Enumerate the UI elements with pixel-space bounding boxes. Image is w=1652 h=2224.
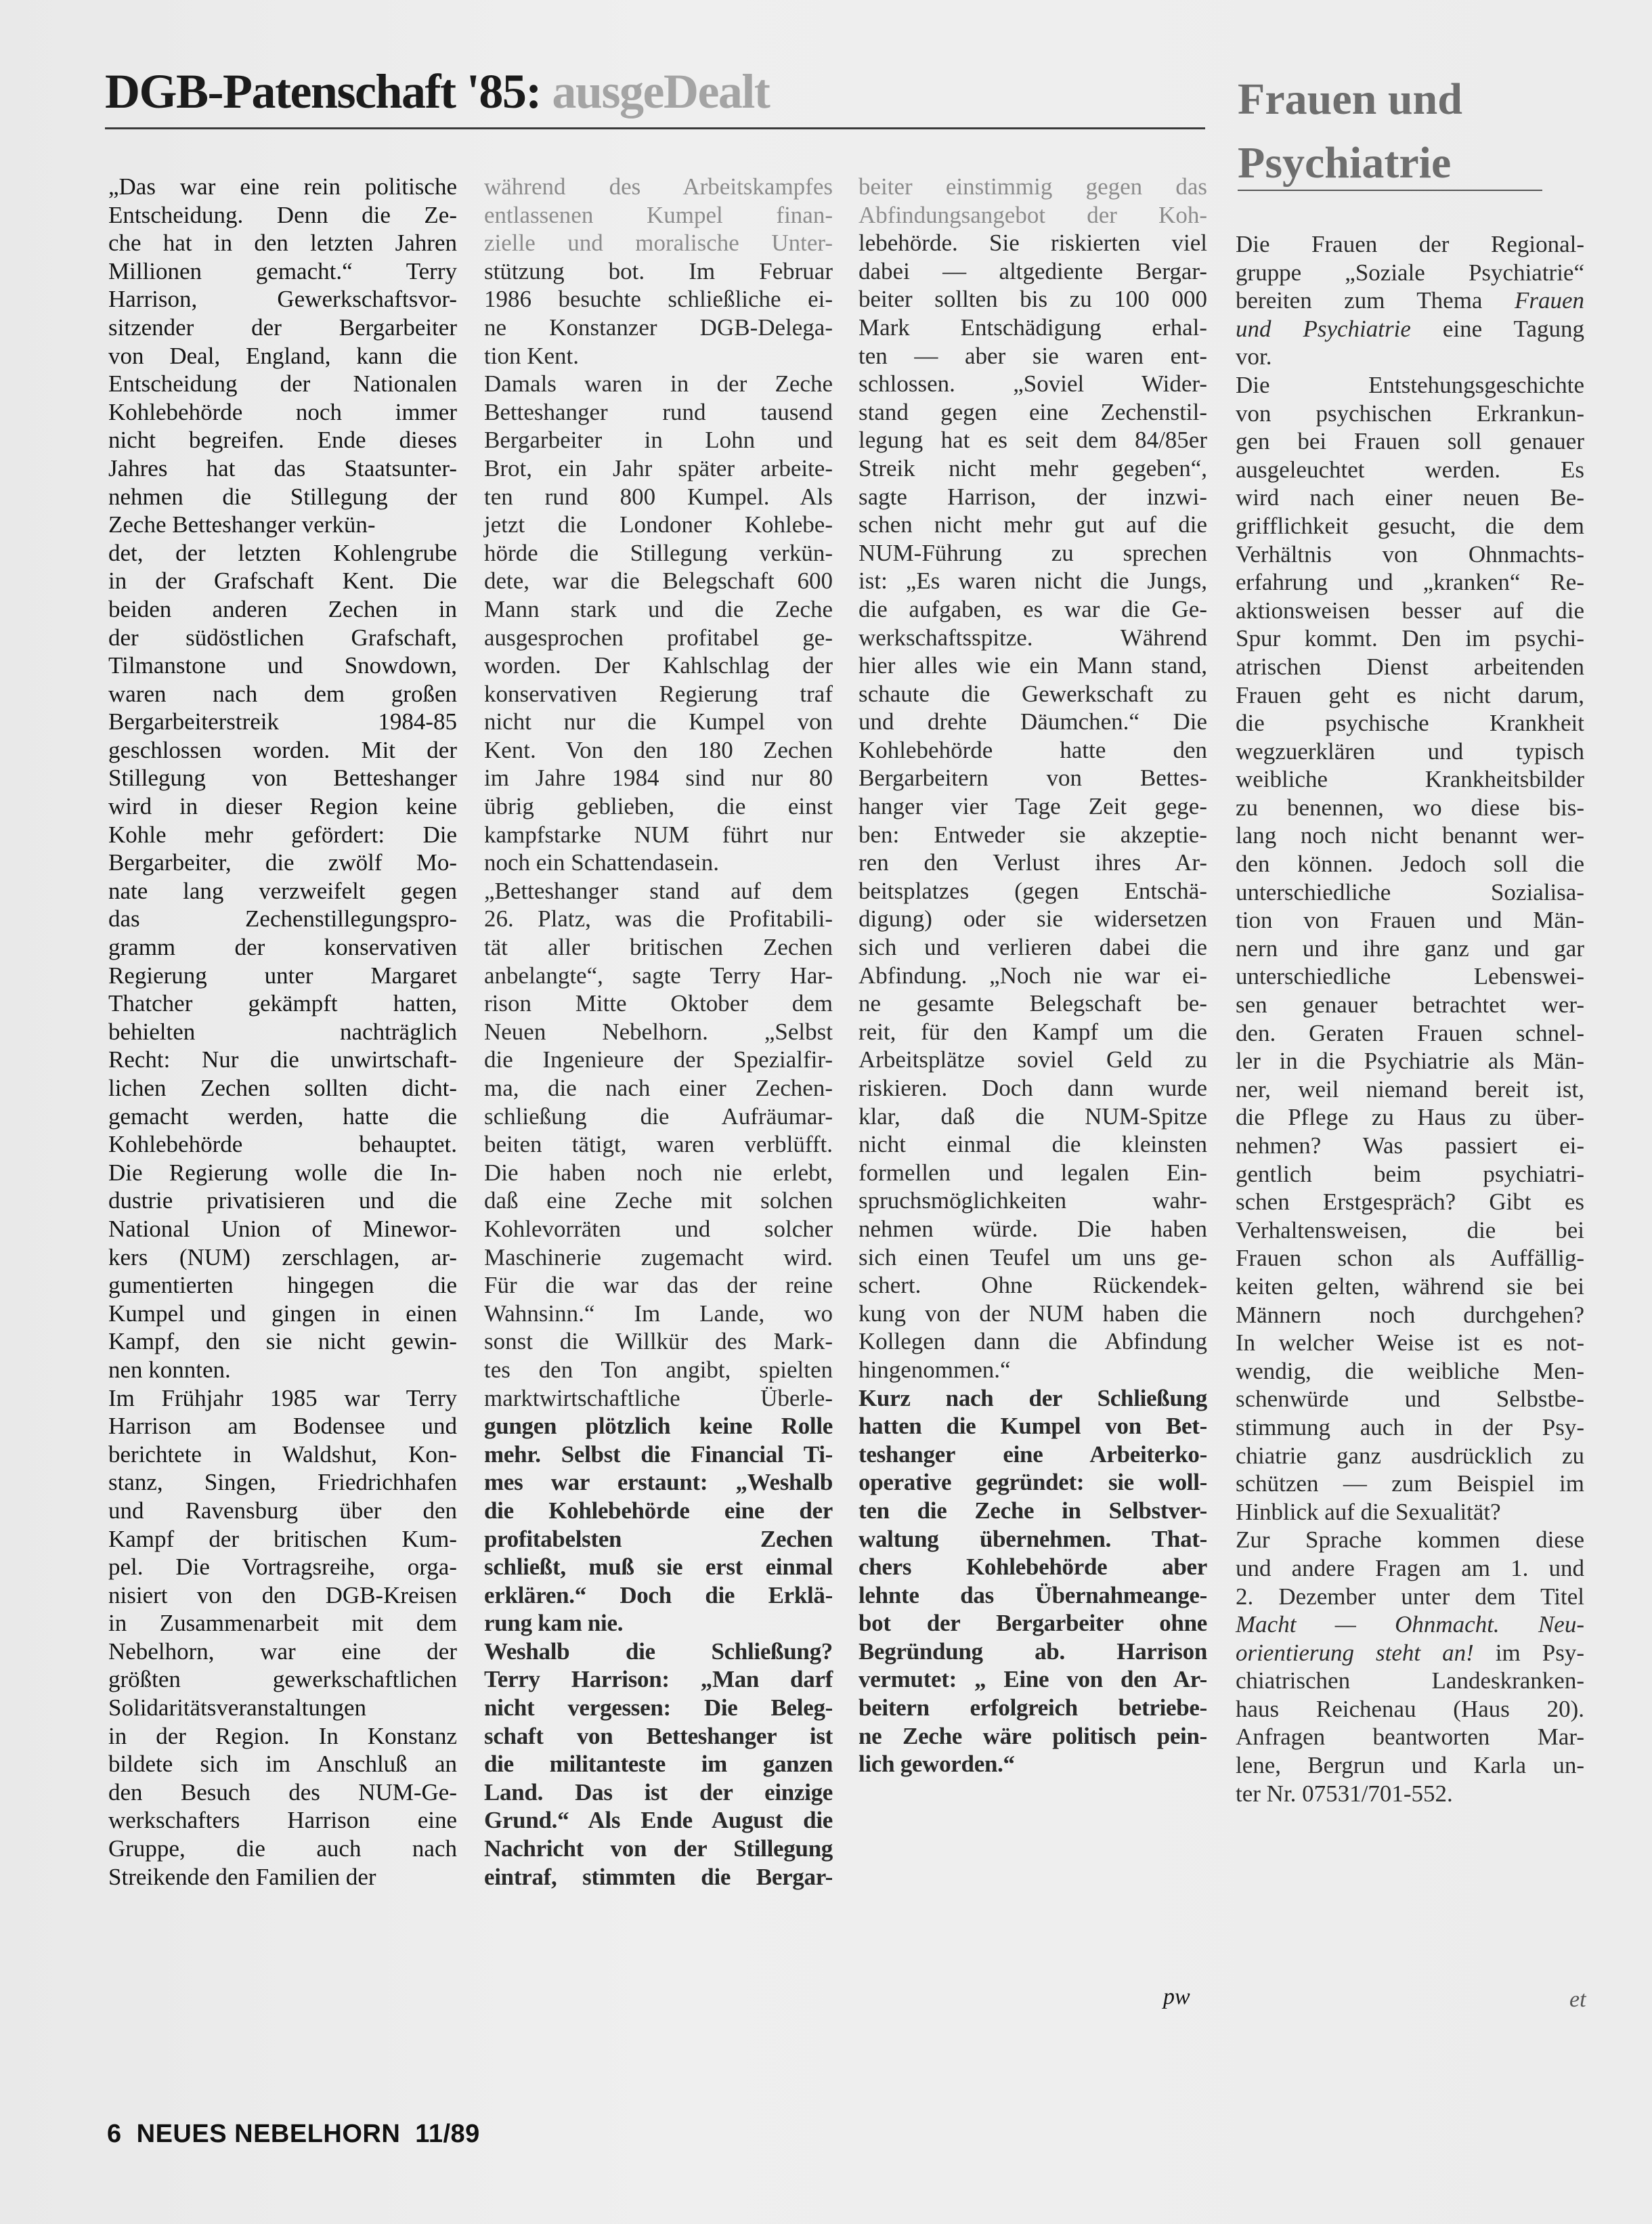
text-line: „Das war eine rein politische (108, 173, 457, 201)
sidebar-text-line: Macht — Ohnmacht. Neu- (1236, 1610, 1584, 1639)
sidebar-text-line: chiatrie ganz ausdrücklich zu (1236, 1442, 1584, 1470)
text-line: Nebelhorn, war eine der (108, 1638, 457, 1666)
text-line: che hat in den letzten Jahren (108, 229, 457, 257)
text-line: Kurz nach der Schließung (858, 1384, 1207, 1413)
sidebar-text-line: bereiten zum Thema Frauen (1236, 286, 1584, 315)
article-column-3: beiter einstimmig gegen dasAbfindungsang… (858, 173, 1207, 1778)
text-line: Recht: Nur die unwirtschaft- (108, 1046, 457, 1074)
text-line: nen konnten. (108, 1356, 457, 1384)
text-line: bot der Bergarbeiter ohne (858, 1609, 1207, 1638)
text-line: die aufgaben, es war die Ge- (858, 595, 1207, 624)
text-line: während des Arbeitskampfes (484, 173, 833, 201)
sidebar-text-line: die Pflege zu Haus zu über- (1236, 1103, 1584, 1132)
text-line: ten — aber sie waren ent- (858, 342, 1207, 370)
text-line: Solidaritätsveranstaltungen (108, 1694, 457, 1722)
text-line: werkschaftsspitze. Während (858, 624, 1207, 652)
text-line: Die haben noch nie erlebt, (484, 1159, 833, 1187)
text-line: Entscheidung der Nationalen (108, 370, 457, 398)
sidebar-article-body: Die Frauen der Regional-gruppe „Soziale … (1236, 230, 1584, 1808)
text-line: bildete sich im Anschluß an (108, 1750, 457, 1778)
sidebar-text-line: gentlich beim psychiatri- (1236, 1160, 1584, 1189)
text-line: im Jahre 1984 sind nur 80 (484, 764, 833, 792)
text-line: Grund.“ Als Ende August die (484, 1806, 833, 1835)
text-line: legung hat es seit dem 84/85er (858, 426, 1207, 454)
text-line: kung von der NUM haben die (858, 1300, 1207, 1328)
sidebar-text-line: gen bei Frauen soll genauer (1236, 427, 1584, 456)
headline-rule (105, 127, 1205, 129)
sidebar-text-line: lang noch nicht benannt wer- (1236, 821, 1584, 850)
text-line: lebehörde. Sie riskierten viel (858, 229, 1207, 257)
sidebar-text-line: unterschiedliche Sozialisa- (1236, 878, 1584, 907)
text-line: beitsplatzes (gegen Entschä- (858, 877, 1207, 905)
text-line: jetzt die Londoner Kohlebe- (484, 511, 833, 539)
text-line: ben: Entweder sie akzeptie- (858, 821, 1207, 849)
text-line: Bergarbeiter, die zwölf Mo- (108, 849, 457, 877)
text-line: in der Region. In Konstanz (108, 1722, 457, 1751)
text-line: Betteshanger rund tausend (484, 398, 833, 427)
text-line: Arbeitsplätze soviel Geld zu (858, 1046, 1207, 1074)
text-line: gramm der konservativen (108, 933, 457, 962)
sidebar-text-line: Frauen schon als Auffällig- (1236, 1244, 1584, 1273)
text-line: Wahnsinn.“ Im Lande, wo (484, 1300, 833, 1328)
text-line: nehmen würde. Die haben (858, 1215, 1207, 1243)
text-line: die Kohlebehörde eine der (484, 1497, 833, 1525)
sidebar-text-line: nehmen? Was passiert ei- (1236, 1132, 1584, 1160)
text-line: Kollegen dann die Abfindung (858, 1327, 1207, 1356)
headline-faded-word: ausgeDealt (552, 64, 769, 119)
sidebar-text-line: den können. Jedoch soll die (1236, 850, 1584, 878)
text-line: Kohlevorräten und solcher (484, 1215, 833, 1243)
text-line: noch ein Schattendasein. (484, 849, 833, 877)
text-line: tät aller britischen Zechen (484, 933, 833, 962)
article-headline: DGB-Patenschaft '85: ausgeDealt (105, 64, 769, 119)
text-line: hingenommen.“ (858, 1356, 1207, 1384)
text-line: eintraf, stimmten die Bergar- (484, 1863, 833, 1891)
text-line: sitzender der Bergarbeiter (108, 314, 457, 342)
text-line: ma, die nach einer Zechen- (484, 1074, 833, 1103)
headline-main: DGB-Patenschaft '85: (105, 64, 541, 119)
text-line: formellen und legalen Ein- (858, 1159, 1207, 1187)
text-line: Streik nicht mehr gegeben“, (858, 454, 1207, 483)
text-line: Damals waren in der Zeche (484, 370, 833, 398)
text-line: rung kam nie. (484, 1609, 833, 1638)
text-line: marktwirtschaftliche Überle- (484, 1384, 833, 1413)
text-line: wird in dieser Region keine (108, 792, 457, 821)
text-line: ne Konstanzer DGB-Delega- (484, 314, 833, 342)
text-line: Jahres hat das Staatsunter- (108, 454, 457, 483)
text-line: dabei — altgediente Bergar- (858, 257, 1207, 286)
text-line: „Betteshanger stand auf dem (484, 877, 833, 905)
text-line: stanz, Singen, Friedrichhafen (108, 1468, 457, 1497)
text-line: 26. Platz, was die Profitabili- (484, 905, 833, 933)
text-line: in der Grafschaft Kent. Die (108, 567, 457, 595)
text-line: nate lang verzweifelt gegen (108, 877, 457, 905)
text-line: gemacht werden, hatte die (108, 1103, 457, 1131)
text-line: mehr. Selbst die Financial Ti- (484, 1440, 833, 1469)
text-line: Kumpel und gingen in einen (108, 1300, 457, 1328)
text-line: Kohlebehörde noch immer (108, 398, 457, 427)
text-line: nicht nur die Kumpel von (484, 708, 833, 736)
text-line: von Deal, England, kann die (108, 342, 457, 370)
sidebar-text-line: chiatrischen Landeskranken- (1236, 1667, 1584, 1695)
text-line: stützung bot. Im Februar (484, 257, 833, 286)
text-line: konservativen Regierung traf (484, 680, 833, 708)
text-line: sagte Harrison, der inzwi- (858, 483, 1207, 511)
sidebar-text-line: erfahrung und „kranken“ Re- (1236, 568, 1584, 597)
text-line: 1986 besuchte schließliche ei- (484, 285, 833, 314)
text-line: pel. Die Vortragsreihe, orga- (108, 1553, 457, 1581)
text-line: nicht begreifen. Ende dieses (108, 426, 457, 454)
text-line: mes war erstaunt: „Weshalb (484, 1468, 833, 1497)
text-line: Terry Harrison: „Man darf (484, 1665, 833, 1694)
text-line: Kampf, den sie nicht gewin- (108, 1327, 457, 1356)
text-line: den Besuch des NUM-Ge- (108, 1778, 457, 1807)
text-line: gumentierten hingegen die (108, 1271, 457, 1300)
text-line: Brot, ein Jahr später arbeite- (484, 454, 833, 483)
text-line: größten gewerkschaftlichen (108, 1665, 457, 1694)
sidebar-text-line: schützen — zum Beispiel im (1236, 1470, 1584, 1498)
text-line: übrig geblieben, die einst (484, 792, 833, 821)
text-line: Im Frühjahr 1985 war Terry (108, 1384, 457, 1413)
sidebar-text-line: Männern noch durchgehen? (1236, 1301, 1584, 1329)
text-line: Thatcher gekämpft hatten, (108, 989, 457, 1018)
sidebar-text-line: wird nach einer neuen Be- (1236, 484, 1584, 512)
sidebar-title-line-1: Frauen und (1238, 74, 1462, 124)
text-line: erklären.“ Doch die Erklä- (484, 1581, 833, 1610)
text-line: dustrie privatisieren und die (108, 1186, 457, 1215)
text-line: beiter sollten bis zu 100 000 (858, 285, 1207, 314)
sidebar-text-line: den. Geraten Frauen schnel- (1236, 1019, 1584, 1048)
sidebar-text-line: orientierung steht an! im Psy- (1236, 1639, 1584, 1667)
sidebar-text-line: und andere Fragen am 1. und (1236, 1554, 1584, 1583)
sidebar-text-line: Verhältnis von Ohnmachts- (1236, 540, 1584, 569)
text-line: reit, für den Kampf um die (858, 1018, 1207, 1046)
text-line: hanger vier Tage Zeit gege- (858, 792, 1207, 821)
sidebar-title-rule (1238, 190, 1542, 191)
text-line: lichen Zechen sollten dicht- (108, 1074, 457, 1103)
sidebar-text-line: wegzuerklären und typisch (1236, 737, 1584, 766)
sidebar-text-line: haus Reichenau (Haus 20). (1236, 1695, 1584, 1724)
text-line: Gruppe, die auch nach (108, 1835, 457, 1863)
text-line: det, der letzten Kohlengrube (108, 539, 457, 568)
sidebar-text-line: atrischen Dienst arbeitenden (1236, 653, 1584, 681)
article-column-1: „Das war eine rein politischeEntscheidun… (108, 173, 457, 1891)
text-line: schließung die Aufräumar- (484, 1103, 833, 1131)
text-line: stand gegen eine Zechenstil- (858, 398, 1207, 427)
text-line: geschlossen worden. Mit der (108, 736, 457, 765)
text-line: Harrison am Bodensee und (108, 1412, 457, 1440)
text-line: und Ravensburg über den (108, 1497, 457, 1525)
sidebar-text-line: von psychischen Erkrankun- (1236, 400, 1584, 428)
text-line: Kent. Von den 180 Zechen (484, 736, 833, 765)
sidebar-text-line: schen Erstgespräch? Gibt es (1236, 1188, 1584, 1216)
page-number: 6 (107, 2120, 122, 2148)
text-line: behielten nachträglich (108, 1018, 457, 1046)
article-author-signature: pw (1163, 1984, 1190, 2010)
text-line: Maschinerie zugemacht wird. (484, 1243, 833, 1272)
text-line: der südöstlichen Grafschaft, (108, 624, 457, 652)
text-line: sonst die Willkür des Mark- (484, 1327, 833, 1356)
text-line: Harrison, Gewerkschaftsvor- (108, 285, 457, 314)
sidebar-text-line: Die Entstehungsgeschichte (1236, 371, 1584, 400)
sidebar-text-line: Spur kommt. Den im psychi- (1236, 624, 1584, 653)
text-line: Abfindungsangebot der Koh- (858, 201, 1207, 230)
sidebar-text-line: aktionsweisen besser auf die (1236, 597, 1584, 625)
text-line: chers Kohlebehörde aber (858, 1553, 1207, 1581)
text-line: Bergarbeitern von Bettes- (858, 764, 1207, 792)
text-line: vermutet: „ Eine von den Ar- (858, 1665, 1207, 1694)
text-line: nehmen die Stillegung der (108, 483, 457, 511)
text-line: National Union of Minewor- (108, 1215, 457, 1243)
text-line: rison Mitte Oktober dem (484, 989, 833, 1018)
sidebar-text-line: grifflichkeit gesucht, die dem (1236, 512, 1584, 540)
publication-name: NEUES NEBELHORN (137, 2120, 401, 2148)
text-line: nicht vergessen: Die Beleg- (484, 1694, 833, 1722)
text-line: Begründung ab. Harrison (858, 1638, 1207, 1666)
sidebar-article-title: Frauen undPsychiatrie (1238, 68, 1556, 195)
text-line: Mark Entschädigung erhal- (858, 314, 1207, 342)
text-line: ne gesamte Belegschaft be- (858, 989, 1207, 1018)
sidebar-text-line: Frauen geht es nicht darum, (1236, 681, 1584, 710)
text-line: beiden anderen Zechen in (108, 595, 457, 624)
text-line: ten rund 800 Kumpel. Als (484, 483, 833, 511)
sidebar-text-line: Zur Sprache kommen diese (1236, 1526, 1584, 1554)
sidebar-text-line: Die Frauen der Regional- (1236, 230, 1584, 259)
text-line: spruchsmöglichkeiten wahr- (858, 1186, 1207, 1215)
text-line: riskieren. Doch dann wurde (858, 1074, 1207, 1103)
text-line: Nachricht von der Stillegung (484, 1835, 833, 1863)
text-line: Abfindung. „Noch nie war ei- (858, 962, 1207, 990)
text-line: Bergarbeiter in Lohn und (484, 426, 833, 454)
text-line: tes den Ton angibt, spielten (484, 1356, 833, 1384)
text-line: sich und verlieren dabei die (858, 933, 1207, 962)
sidebar-text-line: die psychische Krankheit (1236, 709, 1584, 737)
text-line: kampfstarke NUM führt nur (484, 821, 833, 849)
text-line: profitabelsten Zechen (484, 1525, 833, 1554)
text-line: werkschafters Harrison eine (108, 1806, 457, 1835)
sidebar-text-line: ner, weil niemand bereit ist, (1236, 1075, 1584, 1104)
sidebar-text-line: lene, Bergrun und Karla un- (1236, 1751, 1584, 1780)
sidebar-author-signature: et (1569, 1987, 1586, 2013)
text-line: waltung übernehmen. That- (858, 1525, 1207, 1554)
text-line: waren nach dem großen (108, 680, 457, 708)
text-line: Neuen Nebelhorn. „Selbst (484, 1018, 833, 1046)
sidebar-title-line-2: Psychiatrie (1238, 138, 1451, 188)
sidebar-text-line: In welcher Weise ist es not- (1236, 1329, 1584, 1357)
text-line: in Zusammenarbeit mit dem (108, 1609, 457, 1638)
text-line: sich einen Teufel um uns ge- (858, 1243, 1207, 1272)
text-line: Kohlebehörde behauptet. (108, 1130, 457, 1159)
text-line: klar, daß die NUM-Spitze (858, 1103, 1207, 1131)
text-line: beiten tätigt, waren verblüfft. (484, 1130, 833, 1159)
sidebar-text-line: stimmung auch in der Psy- (1236, 1413, 1584, 1442)
text-line: Kohle mehr gefördert: Die (108, 821, 457, 849)
text-line: beitern erfolgreich betriebe- (858, 1694, 1207, 1722)
sidebar-text-line: vor. (1236, 343, 1584, 371)
text-line: ten die Zeche in Selbstver- (858, 1497, 1207, 1525)
sidebar-text-line: Verhaltensweisen, die bei (1236, 1216, 1584, 1245)
text-line: Die Regierung wolle die In- (108, 1159, 457, 1187)
text-line: schen nicht mehr gut auf die (858, 511, 1207, 539)
text-line: Weshalb die Schließung? (484, 1638, 833, 1666)
text-line: worden. Der Kahlschlag der (484, 651, 833, 680)
text-line: digung) oder sie widersetzen (858, 905, 1207, 933)
text-line: Millionen gemacht.“ Terry (108, 257, 457, 286)
sidebar-text-line: 2. Dezember unter dem Titel (1236, 1583, 1584, 1611)
sidebar-text-line: zu benennen, wo diese bis- (1236, 794, 1584, 822)
sidebar-text-line: unterschiedliche Lebenswei- (1236, 962, 1584, 991)
text-line: schert. Ohne Rückendek- (858, 1271, 1207, 1300)
sidebar-text-line: und Psychiatrie eine Tagung (1236, 315, 1584, 343)
text-line: hatten die Kumpel von Bet- (858, 1412, 1207, 1440)
text-line: Mann stark und die Zeche (484, 595, 833, 624)
sidebar-text-line: keiten gelten, während sie bei (1236, 1273, 1584, 1301)
text-line: Bergarbeiterstreik 1984-85 (108, 708, 457, 736)
sidebar-text-line: Hinblick auf die Sexualität? (1236, 1498, 1584, 1526)
sidebar-text-line: ter Nr. 07531/701-552. (1236, 1780, 1584, 1808)
sidebar-text-line: ler in die Psychiatrie als Män- (1236, 1047, 1584, 1075)
text-line: nisiert von den DGB-Kreisen (108, 1581, 457, 1610)
text-line: hörde die Stillegung verkün- (484, 539, 833, 568)
text-line: schlossen. „Soviel Wider- (858, 370, 1207, 398)
text-line: Kohlebehörde hatte den (858, 736, 1207, 765)
text-line: tion Kent. (484, 342, 833, 370)
article-column-2: während des Arbeitskampfesentlassenen Ku… (484, 173, 833, 1891)
text-line: die Ingenieure der Spezialfir- (484, 1046, 833, 1074)
text-line: daß eine Zeche mit solchen (484, 1186, 833, 1215)
text-line: Stillegung von Betteshanger (108, 764, 457, 792)
text-line: berichtete in Waldshut, Kon- (108, 1440, 457, 1469)
text-line: lehnte das Übernahmeange- (858, 1581, 1207, 1610)
text-line: ist: „Es waren nicht die Jungs, (858, 567, 1207, 595)
text-line: schließt, muß sie erst einmal (484, 1553, 833, 1581)
text-line: teshanger eine Arbeiterko- (858, 1440, 1207, 1469)
newspaper-page: DGB-Patenschaft '85: ausgeDealt Frauen u… (0, 0, 1652, 2224)
text-line: das Zechenstillegungspro- (108, 905, 457, 933)
sidebar-text-line: ausgeleuchtet werden. Es (1236, 456, 1584, 484)
text-line: lich geworden.“ (858, 1750, 1207, 1778)
text-line: gungen plötzlich keine Rolle (484, 1412, 833, 1440)
text-line: Tilmanstone und Snowdown, (108, 651, 457, 680)
sidebar-text-line: wendig, die weibliche Men- (1236, 1357, 1584, 1386)
sidebar-text-line: tion von Frauen und Män- (1236, 906, 1584, 935)
text-line: zielle und moralische Unter- (484, 229, 833, 257)
text-line: schaute die Gewerkschaft zu (858, 680, 1207, 708)
text-line: Entscheidung. Denn die Ze- (108, 201, 457, 230)
text-line: NUM-Führung zu sprechen (858, 539, 1207, 568)
text-line: beiter einstimmig gegen das (858, 173, 1207, 201)
sidebar-text-line: nern und ihre ganz und gar (1236, 935, 1584, 963)
text-line: entlassenen Kumpel finan- (484, 201, 833, 230)
text-line: hier alles wie ein Mann stand, (858, 651, 1207, 680)
text-line: ne Zeche wäre politisch pein- (858, 1722, 1207, 1751)
text-line: kers (NUM) zerschlagen, ar- (108, 1243, 457, 1272)
text-line: operative gegründet: sie woll- (858, 1468, 1207, 1497)
page-footer: 6NEUES NEBELHORN11/89 (107, 2120, 495, 2149)
text-line: die militanteste im ganzen (484, 1750, 833, 1778)
text-line: Kampf der britischen Kum- (108, 1525, 457, 1554)
text-line: ausgesprochen profitabel ge- (484, 624, 833, 652)
text-line: schaft von Betteshanger ist (484, 1722, 833, 1751)
sidebar-text-line: sen genauer betrachtet wer- (1236, 991, 1584, 1019)
text-line: Streikende den Familien der (108, 1863, 457, 1891)
sidebar-text-line: weibliche Krankheitsbilder (1236, 765, 1584, 794)
text-line: Zeche Betteshanger verkün- (108, 511, 457, 539)
sidebar-text-line: schenwürde und Selbstbe- (1236, 1385, 1584, 1413)
text-line: Für die war das der reine (484, 1271, 833, 1300)
issue-number: 11/89 (415, 2120, 480, 2148)
text-line: Regierung unter Margaret (108, 962, 457, 990)
text-line: nicht einmal die kleinsten (858, 1130, 1207, 1159)
text-line: ren den Verlust ihres Ar- (858, 849, 1207, 877)
text-line: anbelangte“, sagte Terry Har- (484, 962, 833, 990)
text-line: Land. Das ist der einzige (484, 1778, 833, 1807)
sidebar-text-line: Anfragen beantworten Mar- (1236, 1723, 1584, 1751)
sidebar-text-line: gruppe „Soziale Psychiatrie“ (1236, 259, 1584, 287)
text-line: und drehte Däumchen.“ Die (858, 708, 1207, 736)
text-line: dete, war die Belegschaft 600 (484, 567, 833, 595)
